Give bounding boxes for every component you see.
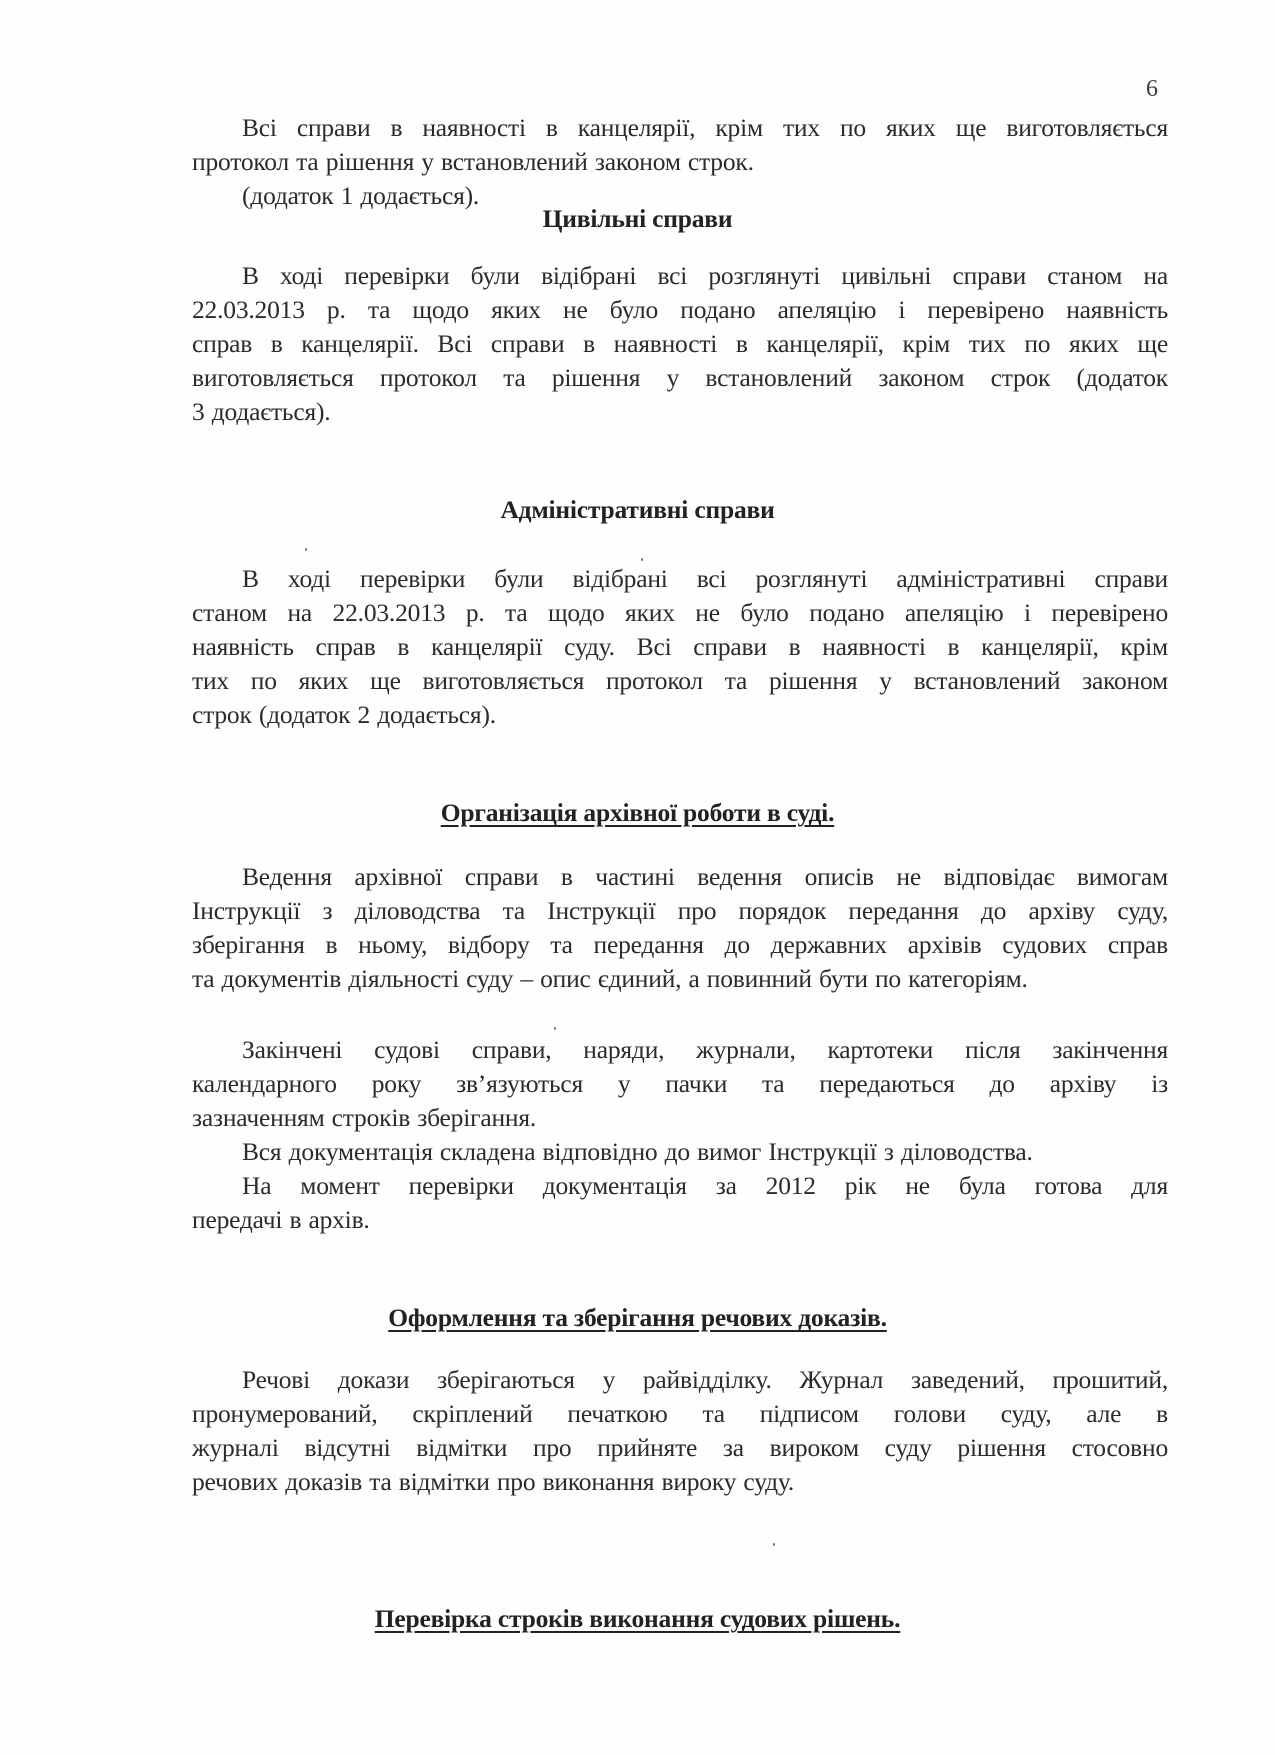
archive-paragraph-1: Ведення архівної справи в частині веденн… bbox=[192, 860, 1168, 996]
text-line: тих по яких ще виготовляється протокол т… bbox=[192, 664, 1168, 698]
section-title-archive-organization: Організація архівної роботи в суді. bbox=[0, 798, 1275, 828]
scan-speck bbox=[603, 214, 605, 217]
text-line: календарного року зв’язуються у пачки та… bbox=[192, 1067, 1168, 1101]
archive-paragraph-4: На момент перевірки документація за 2012… bbox=[192, 1169, 1168, 1237]
text-line: виготовляється протокол та рішення у вст… bbox=[192, 361, 1168, 395]
text-line: передачі в архів. bbox=[192, 1203, 1168, 1237]
text-line: Інструкції з діловодства та Інструкції п… bbox=[192, 894, 1168, 928]
text-line: В ході перевірки були відібрані всі розг… bbox=[192, 259, 1168, 293]
text-line: Ведення архівної справи в частині веденн… bbox=[192, 860, 1168, 894]
text-line: Всі справи в наявності в канцелярії, крі… bbox=[192, 111, 1168, 145]
text-line: Закінчені судові справи, наряди, журнали… bbox=[192, 1033, 1168, 1067]
archive-paragraph-3: Вся документація складена відповідно до … bbox=[192, 1135, 1168, 1169]
text-line: Вся документація складена відповідно до … bbox=[192, 1135, 1168, 1169]
text-line: На момент перевірки документація за 2012… bbox=[192, 1169, 1168, 1203]
civil-cases-paragraph: В ході перевірки були відібрані всі розг… bbox=[192, 259, 1168, 429]
scan-speck bbox=[305, 548, 307, 551]
archive-paragraph-2: Закінчені судові справи, наряди, журнали… bbox=[192, 1033, 1168, 1135]
text-line: зазначенням строків зберігання. bbox=[192, 1101, 1168, 1135]
text-line: речових доказів та відмітки про виконанн… bbox=[192, 1465, 1168, 1499]
page-number: 6 bbox=[1146, 76, 1158, 103]
section-title-administrative-cases: Адміністративні справи bbox=[0, 495, 1275, 525]
text-line: та документів діяльності суду – опис єди… bbox=[192, 962, 1168, 996]
document-page: 6 Всі справи в наявності в канцелярії, к… bbox=[0, 0, 1275, 1755]
text-line: 22.03.2013 р. та щодо яких не було подан… bbox=[192, 293, 1168, 327]
text-line: строк (додаток 2 додається). bbox=[192, 698, 1168, 732]
text-line: пронумерований, скріплений печаткою та п… bbox=[192, 1397, 1168, 1431]
text-line: зберігання в ньому, відбору та передання… bbox=[192, 928, 1168, 962]
scan-speck bbox=[773, 1543, 775, 1546]
text-line: справ в канцелярії. Всі справи в наявнос… bbox=[192, 327, 1168, 361]
text-line: наявність справ в канцелярії суду. Всі с… bbox=[192, 630, 1168, 664]
evidence-paragraph: Речові докази зберігаються у райвідділку… bbox=[192, 1363, 1168, 1499]
text-line: станом на 22.03.2013 р. та щодо яких не … bbox=[192, 596, 1168, 630]
text-line: журналі відсутні відмітки про прийняте з… bbox=[192, 1431, 1168, 1465]
section-title-civil-cases: Цивільні справи bbox=[0, 204, 1275, 234]
section-title-enforcement-deadlines: Перевірка строків виконання судових ріше… bbox=[0, 1604, 1275, 1634]
text-line: В ході перевірки були відібрані всі розг… bbox=[192, 562, 1168, 596]
scan-speck bbox=[554, 1027, 556, 1030]
text-line: Речові докази зберігаються у райвідділку… bbox=[192, 1363, 1168, 1397]
intro-paragraph: Всі справи в наявності в канцелярії, крі… bbox=[192, 111, 1168, 213]
text-line: протокол та рішення у встановлений закон… bbox=[192, 145, 1168, 179]
text-line: 3 додається). bbox=[192, 395, 1168, 429]
scan-speck bbox=[641, 558, 643, 561]
section-title-evidence-storage: Оформлення та зберігання речових доказів… bbox=[0, 1303, 1275, 1333]
administrative-cases-paragraph: В ході перевірки були відібрані всі розг… bbox=[192, 562, 1168, 732]
